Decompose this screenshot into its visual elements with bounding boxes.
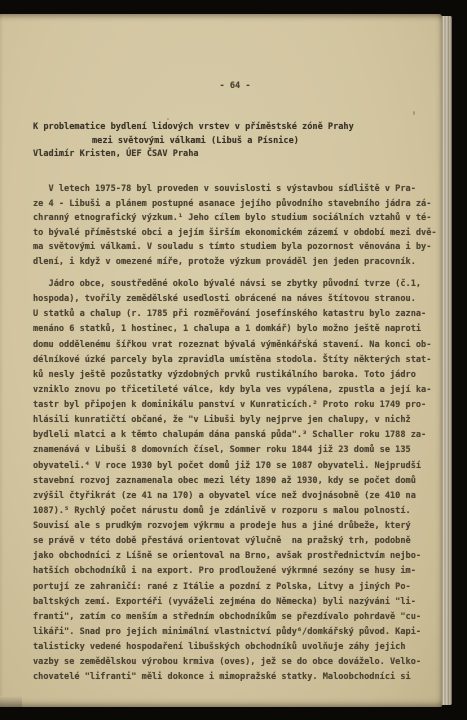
- scan-speck: [413, 111, 415, 115]
- article-title-line2: mezi světovými válkami (Libuš a Písnice): [92, 136, 299, 146]
- scan-speck: [167, 118, 169, 120]
- book-page-edges: [442, 16, 452, 705]
- scan-speck: [306, 338, 308, 340]
- body-paragraph-1: V letech 1975-78 byl proveden v souvislo…: [33, 182, 437, 270]
- article-title-line1: K problematice bydlení lidových vrstev v…: [33, 122, 354, 132]
- author-affiliation: Vladimír Kristen, ÚEF ČSAV Praha: [33, 149, 199, 159]
- page-number: - 64 -: [33, 81, 437, 91]
- scanned-page: - 64 - K problematice bydlení lidových v…: [0, 14, 442, 707]
- body-paragraph-2: Jádro obce, soustředěné okolo bývalé náv…: [33, 277, 431, 685]
- scan-corner-shadow: [0, 696, 22, 707]
